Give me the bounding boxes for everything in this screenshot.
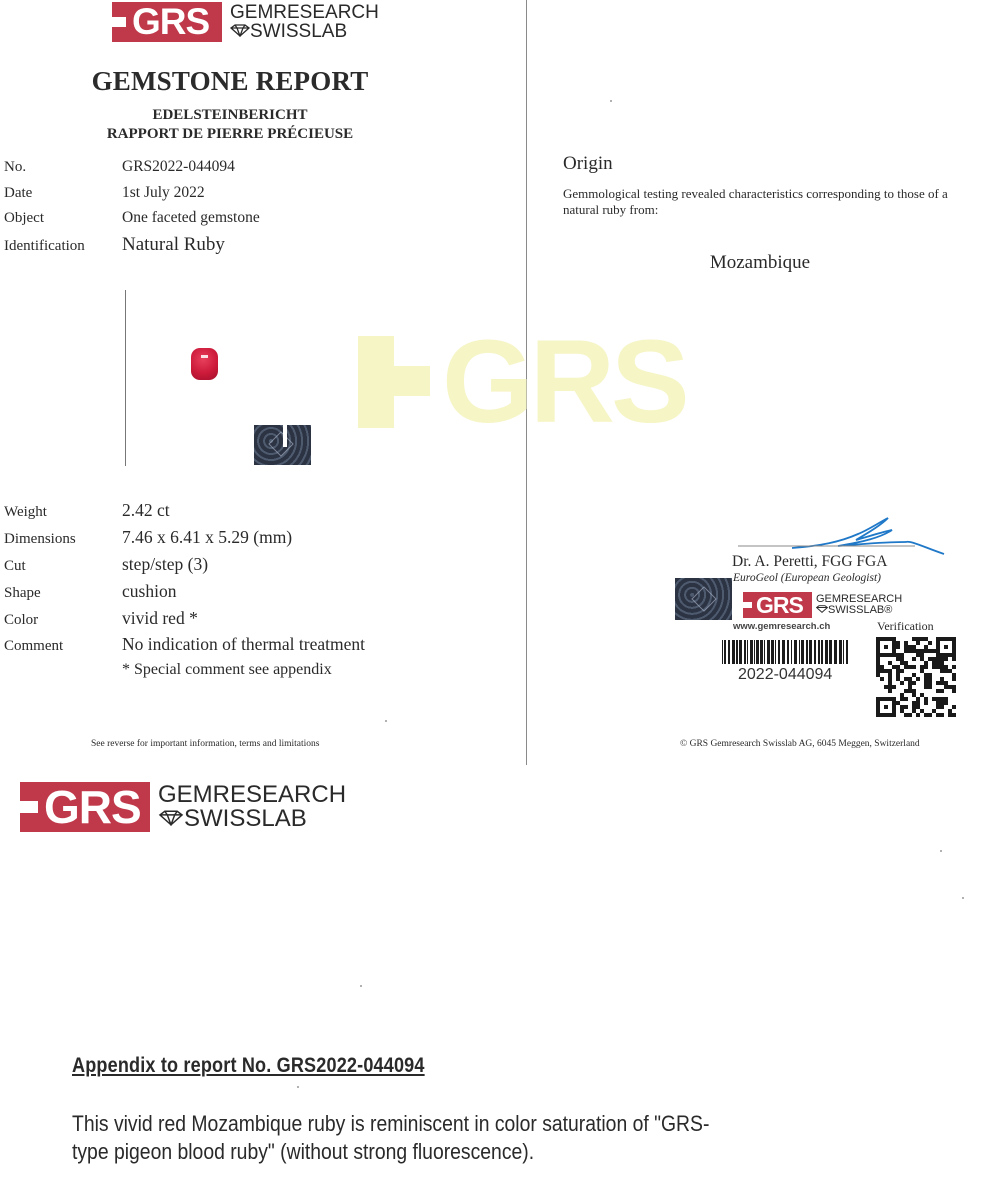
logo-mark-text: GRS: [756, 592, 803, 619]
field-label: Object: [4, 210, 122, 227]
field-label: No.: [4, 159, 122, 176]
appendix-text: This vivid red Mozambique ruby is remini…: [72, 1110, 741, 1166]
copyright-notice: © GRS Gemresearch Swisslab AG, 6045 Megg…: [680, 739, 920, 749]
diamond-icon: [816, 605, 828, 616]
field-value: 7.46 x 6.41 x 5.29 (mm): [122, 527, 292, 548]
field-value: Natural Ruby: [122, 234, 225, 256]
logo-mark-text: GRS: [132, 1, 209, 43]
field-label: Weight: [4, 504, 122, 521]
field-comment: Comment No indication of thermal treatme…: [4, 634, 365, 655]
field-value: cushion: [122, 581, 176, 602]
field-color: Color vivid red *: [4, 608, 198, 629]
report-title-german: EDELSTEINBERICHT: [0, 107, 460, 124]
swiss-cross-icon: [2, 782, 38, 832]
field-value: No indication of thermal treatment: [122, 634, 365, 655]
field-label: Cut: [4, 558, 122, 575]
swiss-cross-icon: [98, 2, 126, 42]
grs-logo-header: GRS GEMRESEARCH SWISSLAB: [98, 2, 379, 42]
grs-watermark: GRS: [358, 336, 686, 428]
field-object: Object One faceted gemstone: [4, 209, 260, 227]
hologram-seal: [675, 578, 732, 620]
logo-line1: GEMRESEARCH: [158, 783, 346, 807]
field-date: Date 1st July 2022: [4, 184, 205, 202]
field-weight: Weight 2.42 ct: [4, 500, 170, 521]
signatory-name: Dr. A. Peretti, FGG FGA: [732, 553, 887, 571]
barcode-number: 2022-044094: [738, 666, 832, 684]
diamond-icon: [691, 586, 716, 611]
website-link[interactable]: www.gemresearch.ch: [733, 621, 830, 632]
field-label: Dimensions: [4, 531, 122, 548]
grs-logo-mark: GRS: [734, 592, 812, 618]
hologram-seal: [254, 425, 311, 465]
verification-qr-code[interactable]: [876, 637, 956, 717]
origin-description: Gemmological testing revealed characteri…: [563, 186, 973, 218]
diamond-icon: [158, 807, 184, 831]
terms-notice: See reverse for important information, t…: [91, 739, 319, 749]
photo-frame-line: [125, 290, 126, 466]
verification-label: Verification: [877, 619, 934, 634]
field-cut: Cut step/step (3): [4, 554, 208, 575]
field-label: Identification: [4, 238, 122, 255]
logo-line2: SWISSLAB: [184, 807, 307, 831]
field-shape: Shape cushion: [4, 581, 176, 602]
field-identification: Identification Natural Ruby: [4, 234, 225, 256]
grs-logo-appendix: GRS GEMRESEARCH SWISSLAB: [2, 782, 346, 832]
field-label: Color: [4, 612, 122, 629]
field-number: No. GRS2022-044094: [4, 158, 235, 176]
field-value: * Special comment see appendix: [122, 661, 332, 679]
logo-wordmark: GEMRESEARCH SWISSLAB: [230, 3, 379, 41]
grs-logo-small: GRS GEMRESEARCH SWISSLAB®: [734, 592, 902, 618]
diamond-icon: [230, 22, 250, 41]
field-value: 2.42 ct: [122, 500, 170, 521]
appendix-title: Appendix to report No. GRS2022-044094: [72, 1054, 425, 1078]
swiss-cross-icon: [734, 592, 752, 618]
barcode: [722, 640, 852, 664]
logo-mark-text: GRS: [44, 780, 141, 834]
logo-wordmark: GEMRESEARCH SWISSLAB®: [816, 594, 902, 616]
report-title-french: RAPPORT DE PIERRE PRÉCIEUSE: [0, 126, 460, 143]
logo-wordmark: GEMRESEARCH SWISSLAB: [158, 783, 346, 831]
diamond-icon: [268, 431, 293, 456]
report-title: GEMSTONE REPORT: [0, 66, 460, 97]
field-label: Shape: [4, 585, 122, 602]
signatory-title: EuroGeol (European Geologist): [733, 572, 881, 584]
field-value: One faceted gemstone: [122, 209, 260, 227]
signature-icon: [730, 512, 950, 556]
swiss-cross-icon: [358, 336, 430, 428]
field-value: GRS2022-044094: [122, 158, 235, 176]
logo-line2: SWISSLAB: [250, 22, 347, 41]
field-label: Date: [4, 185, 122, 202]
field-special-comment: * Special comment see appendix: [4, 661, 332, 679]
logo-line1: GEMRESEARCH: [230, 3, 379, 22]
field-dimensions: Dimensions 7.46 x 6.41 x 5.29 (mm): [4, 527, 292, 548]
watermark-text: GRS: [442, 314, 686, 450]
field-value: step/step (3): [122, 554, 208, 575]
field-value: 1st July 2022: [122, 184, 205, 202]
origin-heading: Origin: [563, 153, 613, 175]
grs-logo-mark: GRS: [2, 782, 150, 832]
ruby-photo: [191, 348, 218, 380]
logo-line2: SWISSLAB®: [828, 605, 892, 616]
field-label: Comment: [4, 638, 122, 655]
field-value: vivid red *: [122, 608, 198, 629]
grs-logo-mark: GRS: [98, 2, 222, 42]
origin-country: Mozambique: [560, 252, 960, 274]
